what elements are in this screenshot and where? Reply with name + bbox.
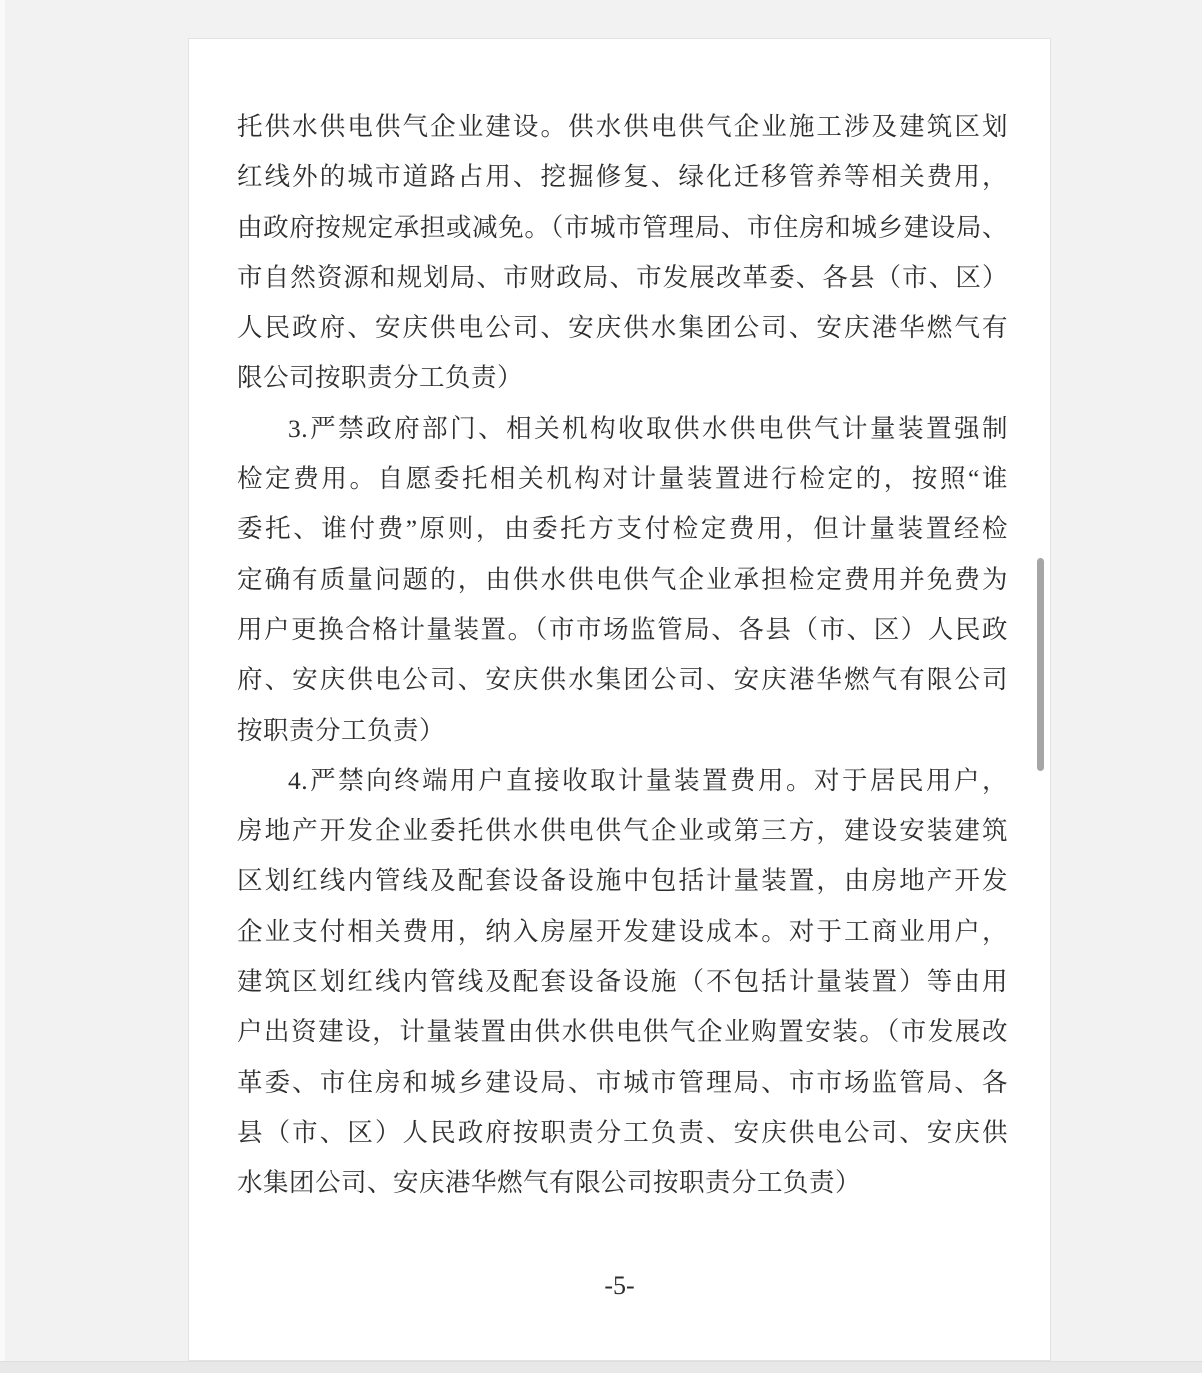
text-line: 市自然资源和规划局、市财政局、市发展改革委、各县（市、区） — [237, 253, 1008, 303]
text-line: 水集团公司、安庆港华燃气有限公司按职责分工负责） — [237, 1158, 1008, 1208]
text-line: 区划红线内管线及配套设备设施中包括计量装置，由房地产开发 — [237, 856, 1008, 906]
text-line: 人民政府、安庆供电公司、安庆供水集团公司、安庆港华燃气有 — [237, 303, 1008, 353]
text-line: 县（市、区）人民政府按职责分工负责、安庆供电公司、安庆供 — [237, 1108, 1008, 1158]
text-line: 户出资建设，计量装置由供水供电供气企业购置安装。（市发展改 — [237, 1007, 1008, 1057]
document-page: 托供水供电供气企业建设。供水供电供气企业施工涉及建筑区划红线外的城市道路占用、挖… — [188, 38, 1051, 1361]
text-line: 革委、市住房和城乡建设局、市城市管理局、市市场监管局、各 — [237, 1058, 1008, 1108]
text-line: 4.严禁向终端用户直接收取计量装置费用。对于居民用户， — [237, 756, 1008, 806]
text-line: 府、安庆供电公司、安庆供水集团公司、安庆港华燃气有限公司 — [237, 655, 1008, 705]
text-line: 企业支付相关费用，纳入房屋开发建设成本。对于工商业用户， — [237, 907, 1008, 957]
text-line: 由政府按规定承担或减免。（市城市管理局、市住房和城乡建设局、 — [237, 203, 1008, 253]
text-line: 房地产开发企业委托供水供电供气企业或第三方，建设安装建筑 — [237, 806, 1008, 856]
text-line: 红线外的城市道路占用、挖掘修复、绿化迁移管养等相关费用， — [237, 152, 1008, 202]
document-body: 托供水供电供气企业建设。供水供电供气企业施工涉及建筑区划红线外的城市道路占用、挖… — [237, 102, 1008, 1209]
text-line: 委托、谁付费”原则，由委托方支付检定费用，但计量装置经检 — [237, 504, 1008, 554]
bottom-bar — [0, 1361, 1202, 1373]
text-line: 建筑区划红线内管线及配套设备设施（不包括计量装置）等由用 — [237, 957, 1008, 1007]
window-left-edge — [0, 0, 5, 1373]
text-line: 定确有质量问题的，由供水供电供气企业承担检定费用并免费为 — [237, 555, 1008, 605]
vertical-scrollbar-thumb[interactable] — [1037, 558, 1044, 771]
text-line: 用户更换合格计量装置。（市市场监管局、各县（市、区）人民政 — [237, 605, 1008, 655]
text-line: 检定费用。自愿委托相关机构对计量装置进行检定的，按照“谁 — [237, 454, 1008, 504]
text-line: 3.严禁政府部门、相关机构收取供水供电供气计量装置强制 — [237, 404, 1008, 454]
page-number: -5- — [189, 1261, 1050, 1311]
text-line: 按职责分工负责） — [237, 706, 1008, 756]
text-line: 托供水供电供气企业建设。供水供电供气企业施工涉及建筑区划 — [237, 102, 1008, 152]
text-line: 限公司按职责分工负责） — [237, 353, 1008, 403]
